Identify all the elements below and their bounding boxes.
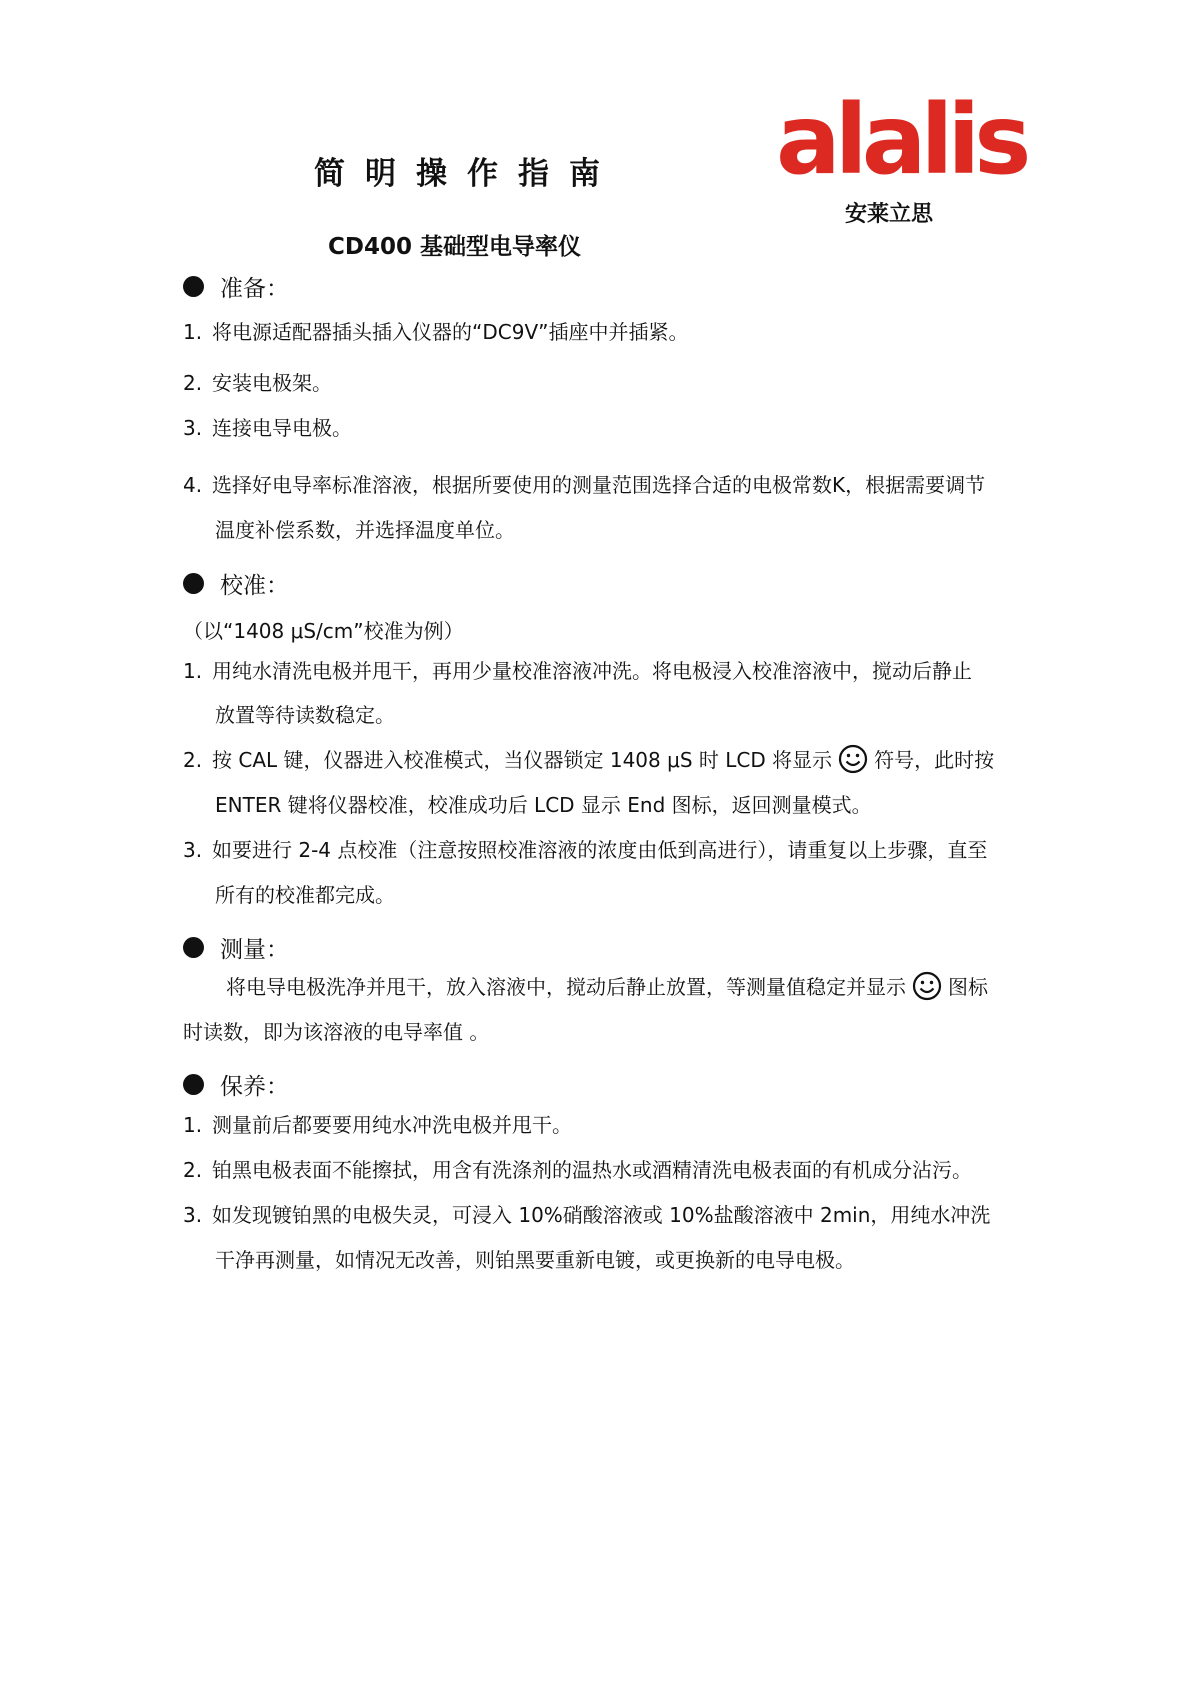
- list-item-continuation: ENTER 键将仪器校准，校准成功后 LCD 显示 End 图标，返回测量模式。: [215, 789, 872, 818]
- smiley-face-icon: [838, 744, 868, 774]
- item-text: 连接电导电极。: [212, 416, 352, 440]
- item-text: 如要进行 2-4 点校准（注意按照校准溶液的浓度由低到高进行），请重复以上步骤，…: [212, 838, 987, 862]
- item-number: 2.: [183, 371, 212, 395]
- item-text: 如发现镀铂黑的电极失灵，可浸入 10%硝酸溶液或 10%盐酸溶液中 2min，用…: [212, 1203, 990, 1227]
- item-number: 2.: [183, 748, 212, 772]
- item-number: 3.: [183, 1203, 212, 1227]
- bullet-icon: [183, 1074, 204, 1095]
- item-text: 用纯水清洗电极并甩干，再用少量校准溶液冲洗。将电极浸入校准溶液中，搅动后静止: [212, 659, 972, 683]
- calibration-note: （以“1408 μS/cm”校准为例）: [183, 615, 464, 644]
- list-item-continuation: 干净再测量，如情况无改善，则铂黑要重新电镀，或更换新的电导电极。: [215, 1244, 855, 1273]
- section-heading-text: 测量：: [220, 931, 289, 964]
- list-item: 3.如要进行 2-4 点校准（注意按照校准溶液的浓度由低到高进行），请重复以上步…: [183, 834, 987, 863]
- item-number: 1.: [183, 659, 212, 683]
- paragraph-text: 将电导电极洗净并甩干，放入溶液中，搅动后静止放置，等测量值稳定并显示: [226, 975, 906, 999]
- list-item: 3.如发现镀铂黑的电极失灵，可浸入 10%硝酸溶液或 10%盐酸溶液中 2min…: [183, 1199, 990, 1228]
- list-item: 1.将电源适配器插头插入仪器的“DC9V”插座中并插紧。: [183, 316, 689, 345]
- list-item-continuation: 温度补偿系数，并选择温度单位。: [215, 514, 515, 543]
- brand-chinese-name: 安莱立思: [845, 197, 933, 228]
- section-heading-calibrate: 校准：: [183, 567, 289, 600]
- item-number: 4.: [183, 473, 212, 497]
- list-item: 4.选择好电导率标准溶液，根据所要使用的测量范围选择合适的电极常数K，根据需要调…: [183, 469, 985, 498]
- document-subtitle: CD400 基础型电导率仪: [328, 228, 581, 261]
- bullet-icon: [183, 937, 204, 958]
- document-title: 简明操作指南: [314, 148, 620, 193]
- section-heading-prepare: 准备：: [183, 270, 289, 303]
- item-number: 3.: [183, 838, 212, 862]
- list-item: 3.连接电导电极。: [183, 412, 352, 441]
- item-text: 铂黑电极表面不能擦拭，用含有洗涤剂的温热水或酒精清洗电极表面的有机成分沾污。: [212, 1158, 972, 1182]
- item-number: 1.: [183, 320, 212, 344]
- item-number: 2.: [183, 1158, 212, 1182]
- smiley-face-icon: [912, 971, 942, 1001]
- item-text: 测量前后都要要用纯水冲洗电极并甩干。: [212, 1113, 572, 1137]
- section-heading-text: 校准：: [220, 567, 289, 600]
- item-text: 选择好电导率标准溶液，根据所要使用的测量范围选择合适的电极常数K，根据需要调节: [212, 473, 985, 497]
- list-item-continuation: 所有的校准都完成。: [215, 879, 395, 908]
- item-text: 安装电极架。: [212, 371, 332, 395]
- item-number: 3.: [183, 416, 212, 440]
- list-item-continuation: 放置等待读数稳定。: [215, 699, 395, 728]
- bullet-icon: [183, 276, 204, 297]
- measure-paragraph-line2: 时读数，即为该溶液的电导率值 。: [183, 1016, 489, 1045]
- section-heading-maintenance: 保养：: [183, 1068, 289, 1101]
- section-heading-text: 准备：: [220, 270, 289, 303]
- item-number: 1.: [183, 1113, 212, 1137]
- item-text: 将电源适配器插头插入仪器的“DC9V”插座中并插紧。: [212, 320, 689, 344]
- list-item: 1.测量前后都要要用纯水冲洗电极并甩干。: [183, 1109, 572, 1138]
- paragraph-text: 图标: [948, 975, 988, 999]
- list-item: 2.按 CAL 键，仪器进入校准模式，当仪器锁定 1408 μS 时 LCD 将…: [183, 744, 994, 774]
- brand-logo: alalis: [776, 92, 1025, 188]
- bullet-icon: [183, 573, 204, 594]
- section-heading-text: 保养：: [220, 1068, 289, 1101]
- item-text: 按 CAL 键，仪器进入校准模式，当仪器锁定 1408 μS 时 LCD 将显示: [212, 748, 832, 772]
- list-item: 2.安装电极架。: [183, 367, 332, 396]
- measure-paragraph-line1: 将电导电极洗净并甩干，放入溶液中，搅动后静止放置，等测量值稳定并显示图标: [226, 971, 988, 1001]
- list-item: 2.铂黑电极表面不能擦拭，用含有洗涤剂的温热水或酒精清洗电极表面的有机成分沾污。: [183, 1154, 972, 1183]
- section-heading-measure: 测量：: [183, 931, 289, 964]
- list-item: 1.用纯水清洗电极并甩干，再用少量校准溶液冲洗。将电极浸入校准溶液中，搅动后静止: [183, 655, 972, 684]
- item-text: 符号，此时按: [874, 748, 994, 772]
